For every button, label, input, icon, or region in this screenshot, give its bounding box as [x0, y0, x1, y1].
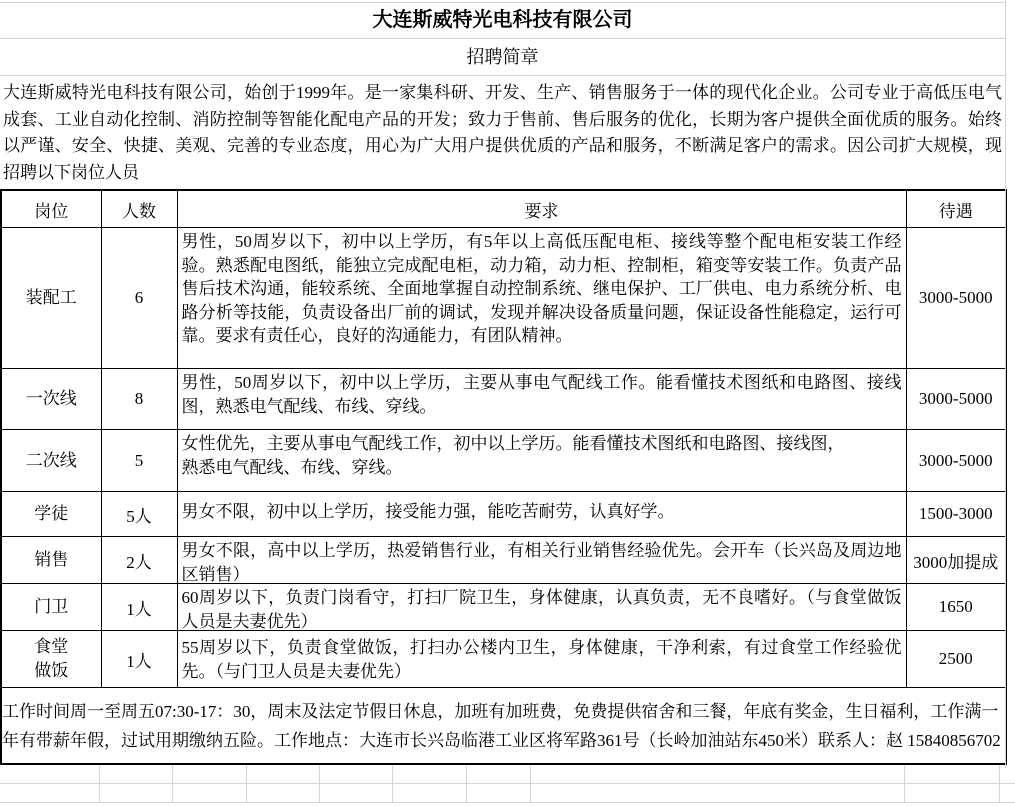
position-cell: 门卫: [1, 584, 101, 631]
positions-table: 岗位 人数 要求 待遇 装配工 6 男性，50周岁以下，初中以上学历，有5年以上…: [0, 189, 1007, 765]
empty-cell: [905, 784, 1000, 803]
salary-cell: 3000-5000: [906, 369, 1006, 430]
salary-cell: 3000-5000: [906, 228, 1006, 369]
requirements-text: 男女不限，高中以上学历，热爱销售行业，有相关行业销售经验优先。会开车（长兴岛及周…: [178, 537, 906, 583]
requirements-cell: 男女不限，初中以上学历，接受能力强，能吃苦耐劳，认真好学。: [177, 492, 906, 537]
requirements-text: 男女不限，初中以上学历，接受能力强，能吃苦耐劳，认真好学。: [178, 492, 906, 536]
headcount-cell: 1人: [101, 631, 177, 688]
table-row-gatekeeper: 门卫 1人 60周岁以下，负责门岗看守，打扫厂院卫生，身体健康，认真负责，无不良…: [1, 584, 1006, 631]
empty-cell: [1000, 784, 1015, 803]
column-header-requirements: 要求: [177, 190, 906, 228]
recruitment-notice-sheet: 大连斯威特光电科技有限公司 招聘简章 大连斯威特光电科技有限公司，始创于1999…: [0, 0, 1015, 806]
requirements-cell: 男性，50周岁以下，初中以上学历，有5年以上高低压配电柜、接线等整个配电柜安装工…: [177, 228, 906, 369]
position-cell: 学徒: [1, 492, 101, 537]
salary-cell: 3000-5000: [906, 430, 1006, 492]
column-header-position: 岗位: [1, 190, 101, 228]
empty-cell: [100, 765, 173, 784]
table-footer-row: 工作时间周一至周五07:30-17：30，周末及法定节假日休息，加班有加班费，免…: [1, 688, 1006, 765]
empty-cell: [467, 784, 531, 803]
requirements-cell: 女性优先，主要从事电气配线工作，初中以上学历。能看懂技术图纸和电路图、接线图， …: [177, 430, 906, 492]
table-header-row: 岗位 人数 要求 待遇: [1, 190, 1006, 228]
empty-grid-row: [0, 784, 1015, 803]
position-cell: 销售: [1, 537, 101, 584]
table-row-apprentice: 学徒 5人 男女不限，初中以上学历，接受能力强，能吃苦耐劳，认真好学。 1500…: [1, 492, 1006, 537]
empty-cell: [247, 765, 320, 784]
empty-cell: [905, 765, 1000, 784]
position-cell: 二次线: [1, 430, 101, 492]
position-cell: 装配工: [1, 228, 101, 369]
salary-cell: 1650: [906, 584, 1006, 631]
empty-cell: [531, 784, 905, 803]
working-terms-footer: 工作时间周一至周五07:30-17：30，周末及法定节假日休息，加班有加班费，免…: [1, 688, 1006, 765]
requirements-text: 女性优先，主要从事电气配线工作，初中以上学历。能看懂技术图纸和电路图、接线图， …: [178, 430, 906, 491]
empty-cell: [393, 784, 467, 803]
headcount-cell: 2人: [101, 537, 177, 584]
salary-cell: 3000加提成: [906, 537, 1006, 584]
requirements-text: 男性，50周岁以下，初中以上学历，有5年以上高低压配电柜、接线等整个配电柜安装工…: [178, 228, 906, 368]
column-header-salary: 待遇: [906, 190, 1006, 228]
column-header-count: 人数: [101, 190, 177, 228]
empty-cell: [0, 784, 100, 803]
table-row-secondary-wiring: 二次线 5 女性优先，主要从事电气配线工作，初中以上学历。能看懂技术图纸和电路图…: [1, 430, 1006, 492]
requirements-text: 男性，50周岁以下，初中以上学历，主要从事电气配线工作。能看懂技术图纸和电路图、…: [178, 369, 906, 429]
company-title: 大连斯威特光电科技有限公司: [0, 2, 1005, 39]
empty-cell: [173, 784, 247, 803]
empty-sheet-grid: [0, 765, 1015, 803]
position-cell: 一次线: [1, 369, 101, 430]
salary-cell: 2500: [906, 631, 1006, 688]
table-row-primary-wiring: 一次线 8 男性，50周岁以下，初中以上学历，主要从事电气配线工作。能看懂技术图…: [1, 369, 1006, 430]
requirements-cell: 55周岁以下，负责食堂做饭，打扫办公楼内卫生，身体健康，干净利索，有过食堂工作经…: [177, 631, 906, 688]
empty-cell: [467, 765, 531, 784]
empty-cell: [0, 765, 100, 784]
salary-cell: 1500-3000: [906, 492, 1006, 537]
empty-cell: [1000, 765, 1015, 784]
requirements-cell: 60周岁以下，负责门岗看守，打扫厂院卫生，身体健康，认真负责，无不良嗜好。（与食…: [177, 584, 906, 631]
table-row-canteen-cook: 食堂 做饭 1人 55周岁以下，负责食堂做饭，打扫办公楼内卫生，身体健康，干净利…: [1, 631, 1006, 688]
empty-cell: [531, 765, 905, 784]
empty-cell: [247, 784, 320, 803]
table-row-assembler: 装配工 6 男性，50周岁以下，初中以上学历，有5年以上高低压配电柜、接线等整个…: [1, 228, 1006, 369]
headcount-cell: 1人: [101, 584, 177, 631]
table-row-sales: 销售 2人 男女不限，高中以上学历，热爱销售行业，有相关行业销售经验优先。会开车…: [1, 537, 1006, 584]
requirements-cell: 男女不限，高中以上学历，热爱销售行业，有相关行业销售经验优先。会开车（长兴岛及周…: [177, 537, 906, 584]
empty-grid-row: [0, 765, 1015, 784]
position-cell: 食堂 做饭: [1, 631, 101, 688]
requirements-text: 60周岁以下，负责门岗看守，打扫厂院卫生，身体健康，认真负责，无不良嗜好。（与食…: [178, 584, 906, 630]
headcount-cell: 5: [101, 430, 177, 492]
sheet-right-gridline: [1005, 0, 1006, 768]
headcount-cell: 8: [101, 369, 177, 430]
company-intro-paragraph: 大连斯威特光电科技有限公司，始创于1999年。是一家集科研、开发、生产、销售服务…: [0, 76, 1005, 189]
requirements-cell: 男性，50周岁以下，初中以上学历，主要从事电气配线工作。能看懂技术图纸和电路图、…: [177, 369, 906, 430]
empty-cell: [173, 765, 247, 784]
empty-cell: [320, 765, 393, 784]
headcount-cell: 5人: [101, 492, 177, 537]
empty-cell: [393, 765, 467, 784]
empty-cell: [320, 784, 393, 803]
empty-cell: [100, 784, 173, 803]
headcount-cell: 6: [101, 228, 177, 369]
requirements-text: 55周岁以下，负责食堂做饭，打扫办公楼内卫生，身体健康，干净利索，有过食堂工作经…: [178, 631, 906, 686]
notice-subtitle: 招聘简章: [0, 39, 1005, 76]
